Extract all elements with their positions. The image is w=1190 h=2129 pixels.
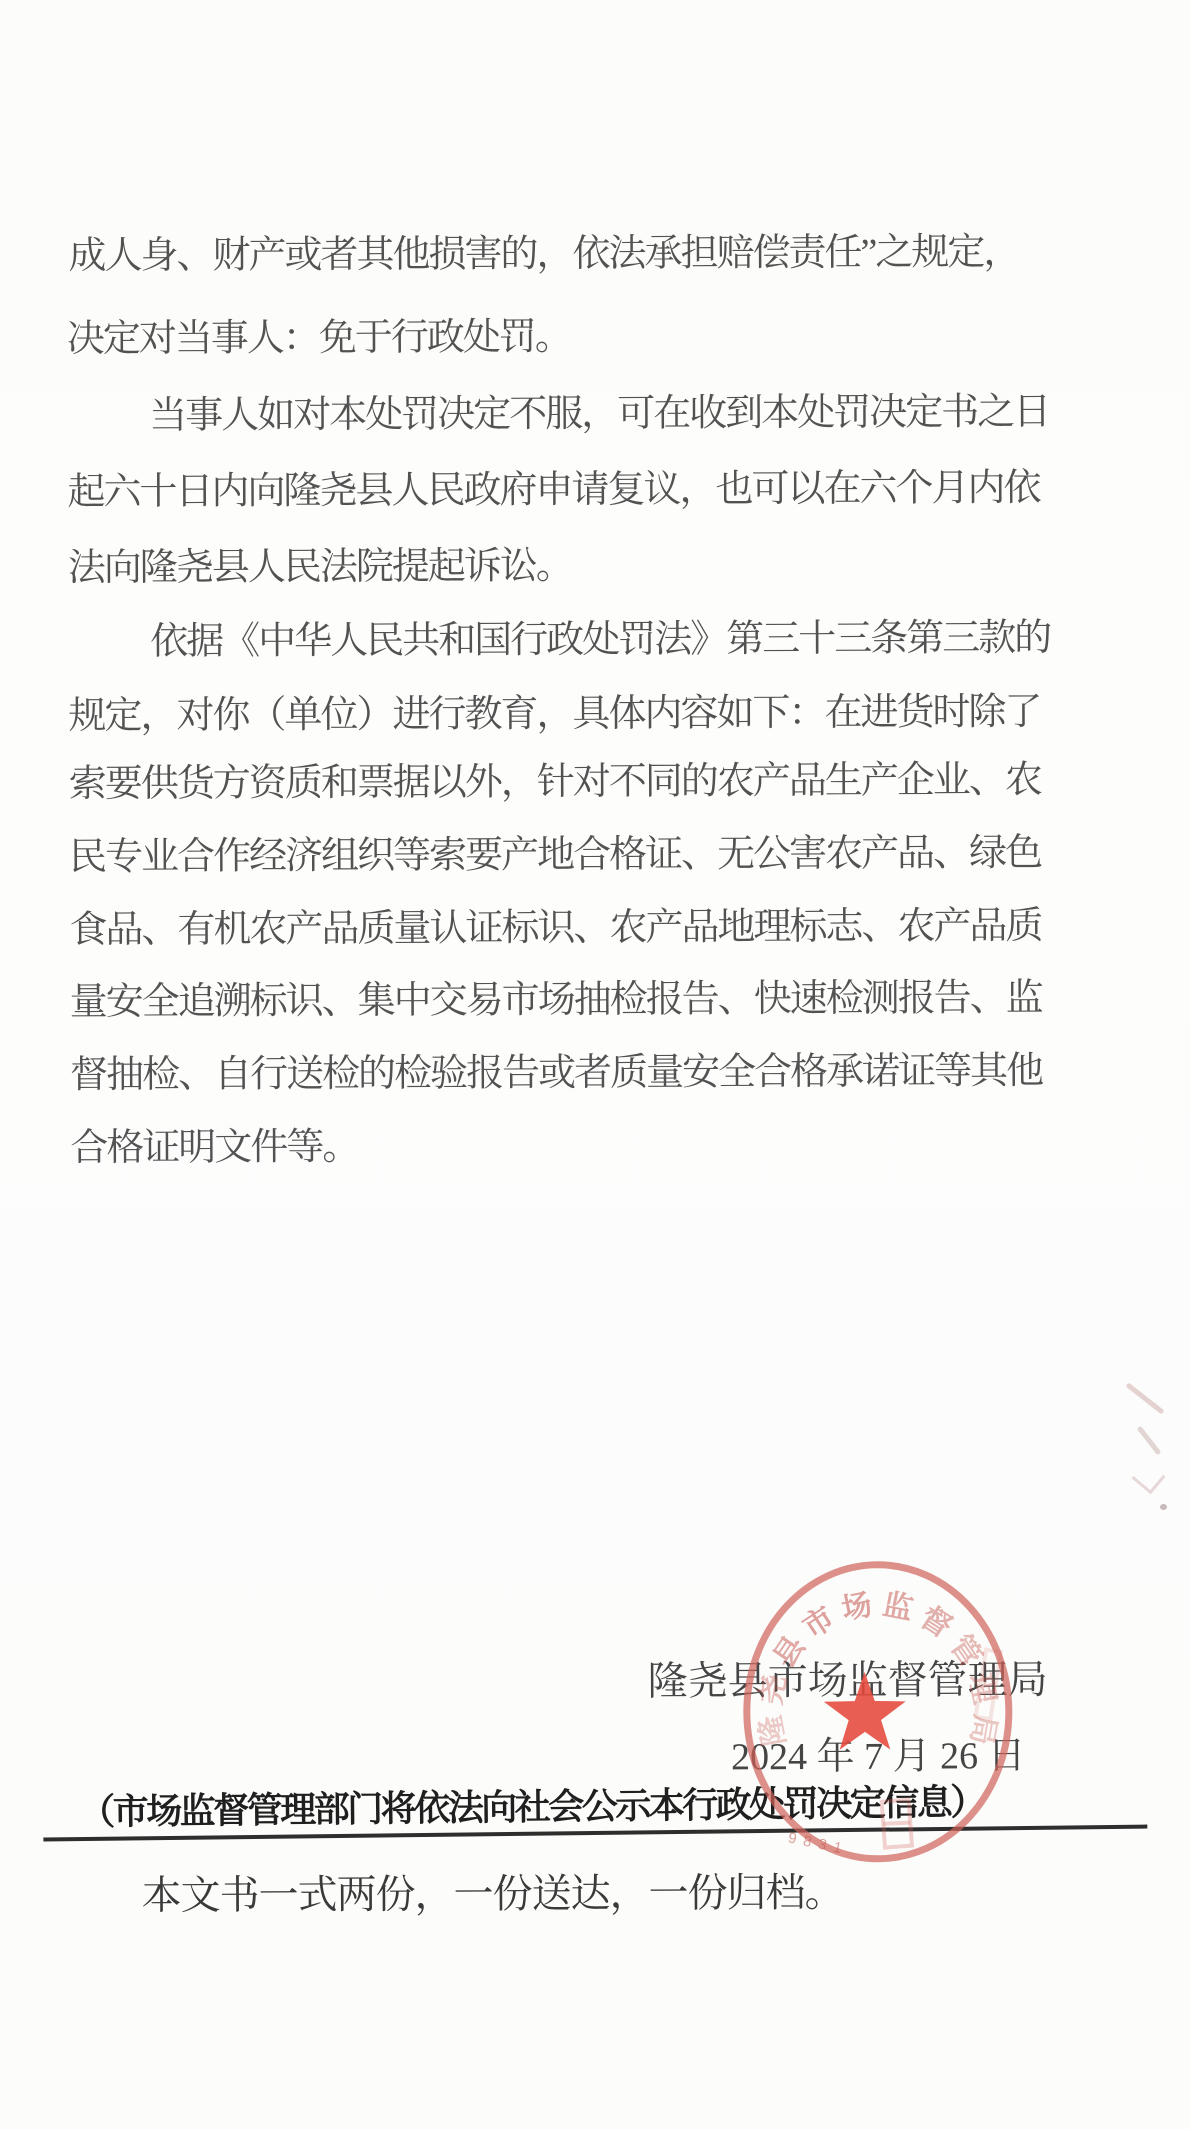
seal-arc-char: 尧 [754,1672,792,1708]
body-line: 依据《中华人民共和国行政处罚法》第三十三条第三款的 [150,606,1050,665]
body-line: 民专业合作经济组织等索要产地合格证、无公害农产品、绿色 [69,821,1041,880]
seal-arc-char: 场 [839,1588,875,1626]
body-line: 决定对当事人：免于行政处罚。 [67,305,571,362]
copies-notice: 本文书一式两份，一份送达，一份归档。 [141,1861,843,1921]
official-seal: 隆 尧 县 市 场 监 督 管 理 局 9831 [730,1554,1027,1867]
scan-edge-artifact [1118,1378,1182,1522]
body-line: 法向隆尧县人民法院提起诉讼。 [68,534,572,591]
artifact-stroke [1137,1426,1162,1456]
artifact-dot [1160,1504,1167,1510]
document-content: 成人身、财产或者其他损害的，依法承担赔偿责任”之规定， 决定对当事人：免于行政处… [0,0,1190,2129]
scanned-penalty-decision-page: 成人身、财产或者其他损害的，依法承担赔偿责任”之规定， 决定对当事人：免于行政处… [0,0,1190,2129]
seal-star-icon [824,1672,906,1750]
body-line: 索要供货方资质和票据以外，针对不同的农产品生产企业、农 [69,748,1041,807]
body-line: 量安全追溯标识、集中交易市场抽检报告、快速检测报告、监 [70,966,1042,1025]
seal-arc-char: 县 [768,1630,812,1673]
body-line: 规定，对你（单位）进行教育，具体内容如下：在进货时除了 [68,680,1040,739]
body-line: 当事人如对本处罚决定不服，可在收到本处罚决定书之日 [149,380,1049,439]
body-line: 合格证明文件等。 [70,1115,358,1171]
seal-arc-char: 督 [914,1600,957,1644]
body-line: 成人身、财产或者其他损害的，依法承担赔偿责任”之规定， [68,220,1019,279]
seal-arc-char: 隆 [754,1713,792,1748]
body-line: 起六十日内向隆尧县人民政府申请复议，也可以在六个月内依 [67,456,1039,515]
body-line: 食品、有机农产品质量认证标识、农产品地理标志、农产品质 [69,894,1041,953]
seal-arc-char: 市 [797,1601,840,1645]
body-line: 督抽检、自行送检的检验报告或者质量安全合格承诺证等其他 [70,1039,1042,1098]
seal-arc-char: 管 [943,1629,987,1672]
artifact-stroke [1125,1382,1164,1414]
seal-code: 9831 [787,1829,851,1858]
artifact-stroke [1132,1461,1166,1495]
seal-arc-char: 监 [880,1588,916,1626]
